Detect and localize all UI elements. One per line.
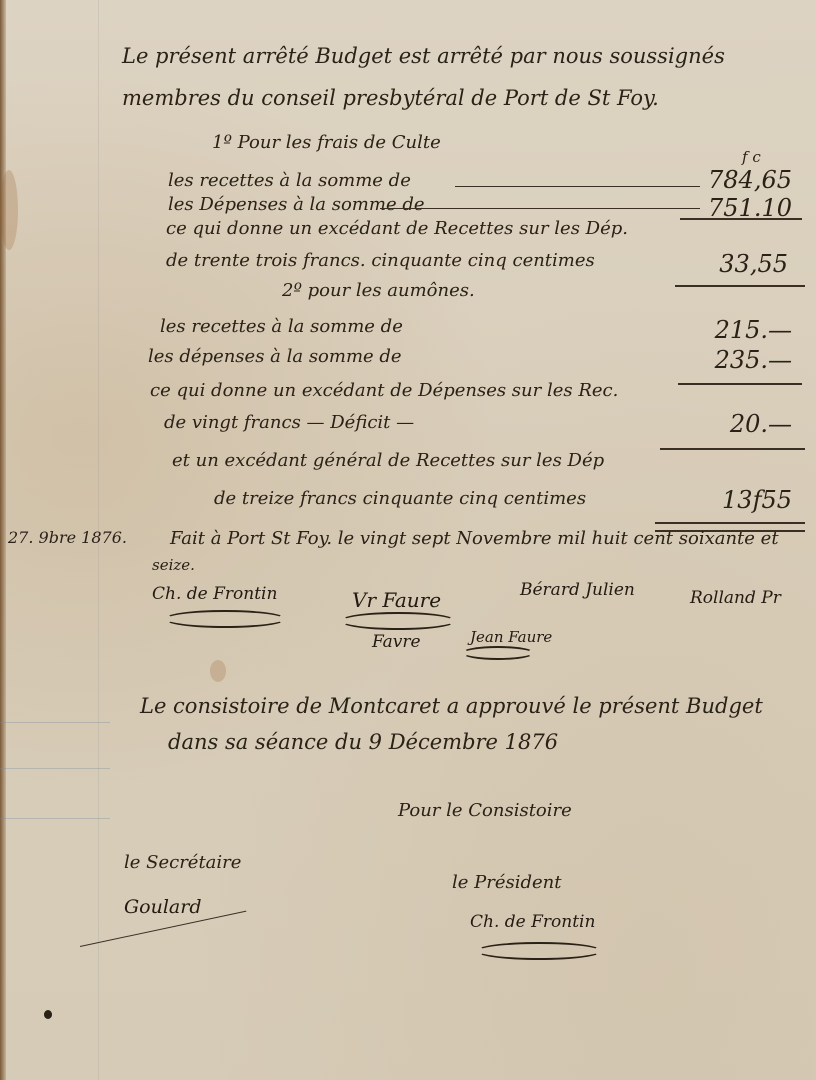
signature-5: Favre bbox=[372, 632, 421, 652]
for-consistory: Pour le Consistoire bbox=[398, 800, 572, 821]
bleed-through-rule bbox=[0, 768, 110, 769]
margin-date: 27. 9bre 1876. bbox=[8, 528, 127, 547]
section2-result-amount: 20.— bbox=[672, 410, 792, 438]
leader-line bbox=[455, 186, 700, 187]
section1-receipts-label: les recettes à la somme de bbox=[168, 170, 411, 191]
section2-receipts-amount: 215.— bbox=[672, 316, 792, 344]
general-amount: 13f55 bbox=[672, 486, 792, 514]
section2-result-line: ce qui donne un excédant de Dépenses sur… bbox=[150, 380, 618, 401]
sum-rule bbox=[680, 218, 802, 220]
paper-stain bbox=[0, 170, 18, 250]
intro-line-1: Le présent arrêté Budget est arrêté par … bbox=[122, 44, 725, 68]
general-line: et un excédant général de Recettes sur l… bbox=[172, 450, 604, 471]
signature-6: Jean Faure bbox=[470, 628, 552, 646]
signature-3: Bérard Julien bbox=[520, 580, 635, 600]
section2-receipts-label: les recettes à la somme de bbox=[160, 316, 403, 337]
signature-flourish bbox=[340, 612, 456, 630]
section2-expenses-label: les dépenses à la somme de bbox=[148, 346, 402, 367]
leader-line bbox=[380, 208, 700, 209]
document-page: Le présent arrêté Budget est arrêté par … bbox=[0, 0, 816, 1080]
ink-blot bbox=[44, 1010, 52, 1019]
section1-result-line: ce qui donne un excédant de Recettes sur… bbox=[166, 218, 628, 239]
sum-rule bbox=[678, 383, 802, 385]
section2-result-words: de vingt francs — Déficit — bbox=[164, 412, 414, 433]
signature-4: Rolland Pr bbox=[690, 588, 781, 608]
page-edge bbox=[0, 0, 6, 1080]
bleed-through-rule bbox=[0, 818, 110, 819]
secretary-signature: Goulard bbox=[124, 896, 202, 918]
president-title: le Président bbox=[452, 872, 562, 893]
signature-flourish bbox=[462, 646, 534, 660]
section2-expenses-amount: 235.— bbox=[672, 346, 792, 374]
sum-rule bbox=[675, 285, 805, 287]
signature-2: Vr Faure bbox=[352, 588, 441, 612]
secretary-title: le Secrétaire bbox=[124, 852, 241, 873]
bleed-through-rule bbox=[0, 722, 110, 723]
signature-flourish bbox=[476, 942, 602, 960]
sum-rule bbox=[660, 448, 805, 450]
general-words: de treize francs cinquante cinq centimes bbox=[214, 488, 586, 509]
section1-expenses-label: les Dépenses à la somme de bbox=[168, 194, 425, 215]
approval-line-1: Le consistoire de Montcaret a approuvé l… bbox=[140, 694, 763, 718]
approval-line-2: dans sa séance du 9 Décembre 1876 bbox=[168, 730, 558, 754]
done-at-line-1: Fait à Port St Foy. le vingt sept Novemb… bbox=[170, 528, 779, 549]
section2-heading: 2º pour les aumônes. bbox=[282, 280, 475, 301]
done-at-line-2: seize. bbox=[152, 556, 195, 574]
signature-1: Ch. de Frontin bbox=[152, 584, 277, 604]
section1-heading: 1º Pour les frais de Culte bbox=[212, 132, 441, 153]
section1-receipts-amount: 784,65 bbox=[672, 166, 792, 194]
signature-flourish bbox=[164, 610, 286, 628]
section1-result-words: de trente trois francs. cinquante cinq c… bbox=[166, 250, 595, 271]
intro-line-2: membres du conseil presbytéral de Port d… bbox=[122, 86, 659, 110]
president-signature: Ch. de Frontin bbox=[470, 912, 595, 932]
paper-stain bbox=[210, 660, 226, 682]
units-header: f c bbox=[742, 148, 761, 166]
section1-result-amount: 33,55 bbox=[668, 250, 788, 278]
double-rule-top bbox=[655, 522, 805, 524]
